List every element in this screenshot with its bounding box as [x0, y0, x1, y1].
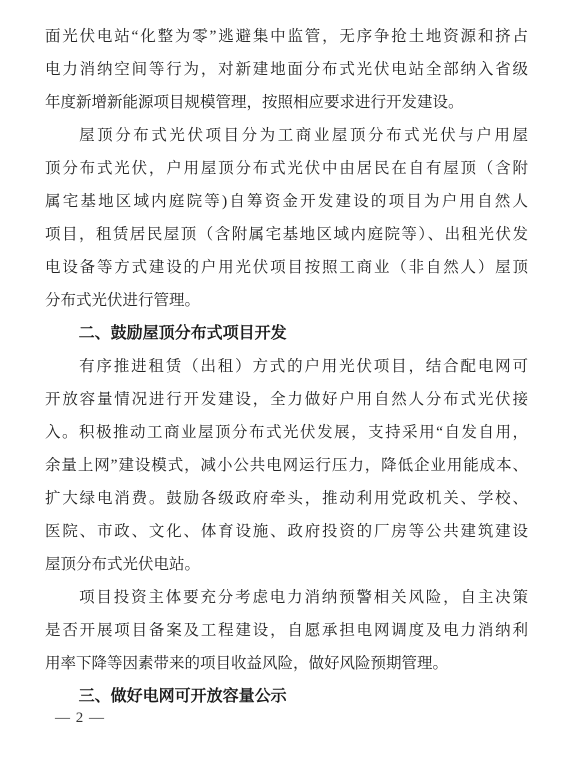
- body-line: 分布式光伏进行管理。: [45, 284, 528, 317]
- body-line: 入。积极推动工商业屋顶分布式光伏发展，支持采用“自发自用，: [45, 416, 528, 449]
- body-line: 扩大绿电消费。鼓励各级政府牵头，推动利用党政机关、学校、: [45, 482, 528, 515]
- paragraph: 屋顶分布式光伏项目分为工商业屋顶分布式光伏与户用屋 顶分布式光伏，户用屋顶分布式…: [45, 119, 528, 317]
- section-heading-2: 二、鼓励屋顶分布式项目开发: [45, 317, 528, 350]
- body-line: 项目，租赁居民屋顶（含附属宅基地区域内庭院等）、出租光伏发: [45, 218, 528, 251]
- body-line: 有序推进租赁（出租）方式的户用光伏项目，结合配电网可: [45, 350, 528, 383]
- body-line: 面光伏电站“化整为零”逃避集中监管，无序争抢土地资源和挤占: [45, 20, 528, 53]
- body-line: 屋顶分布式光伏项目分为工商业屋顶分布式光伏与户用屋: [45, 119, 528, 152]
- paragraph: 有序推进租赁（出租）方式的户用光伏项目，结合配电网可 开放容量情况进行开发建设，…: [45, 350, 528, 581]
- body-line: 开放容量情况进行开发建设，全力做好户用自然人分布式光伏接: [45, 383, 528, 416]
- document-page: 面光伏电站“化整为零”逃避集中监管，无序争抢土地资源和挤占 电力消纳空间等行为，…: [0, 0, 573, 761]
- document-text-block: 面光伏电站“化整为零”逃避集中监管，无序争抢土地资源和挤占 电力消纳空间等行为，…: [45, 20, 528, 713]
- section-heading-3: 三、做好电网可开放容量公示: [45, 680, 528, 713]
- body-line: 电设备等方式建设的户用光伏项目按照工商业（非自然人）屋顶: [45, 251, 528, 284]
- body-line: 年度新增新能源项目规模管理，按照相应要求进行开发建设。: [45, 86, 528, 119]
- paragraph: 项目投资主体要充分考虑电力消纳预警相关风险，自主决策 是否开展项目备案及工程建设…: [45, 581, 528, 680]
- page-number-label: — 2 —: [55, 710, 105, 727]
- body-line: 顶分布式光伏，户用屋顶分布式光伏中由居民在自有屋顶（含附: [45, 152, 528, 185]
- body-line: 是否开展项目备案及工程建设，自愿承担电网调度及电力消纳利: [45, 614, 528, 647]
- body-line: 属宅基地区域内庭院等)自筹资金开发建设的项目为户用自然人: [45, 185, 528, 218]
- body-line: 电力消纳空间等行为，对新建地面分布式光伏电站全部纳入省级: [45, 53, 528, 86]
- body-line: 余量上网”建设模式，减小公共电网运行压力，降低企业用能成本、: [45, 449, 528, 482]
- body-line: 屋顶分布式光伏电站。: [45, 548, 528, 581]
- body-line: 医院、市政、文化、体育设施、政府投资的厂房等公共建筑建设: [45, 515, 528, 548]
- paragraph: 面光伏电站“化整为零”逃避集中监管，无序争抢土地资源和挤占 电力消纳空间等行为，…: [45, 20, 528, 119]
- body-line: 项目投资主体要充分考虑电力消纳预警相关风险，自主决策: [45, 581, 528, 614]
- body-line: 用率下降等因素带来的项目收益风险，做好风险预期管理。: [45, 647, 528, 680]
